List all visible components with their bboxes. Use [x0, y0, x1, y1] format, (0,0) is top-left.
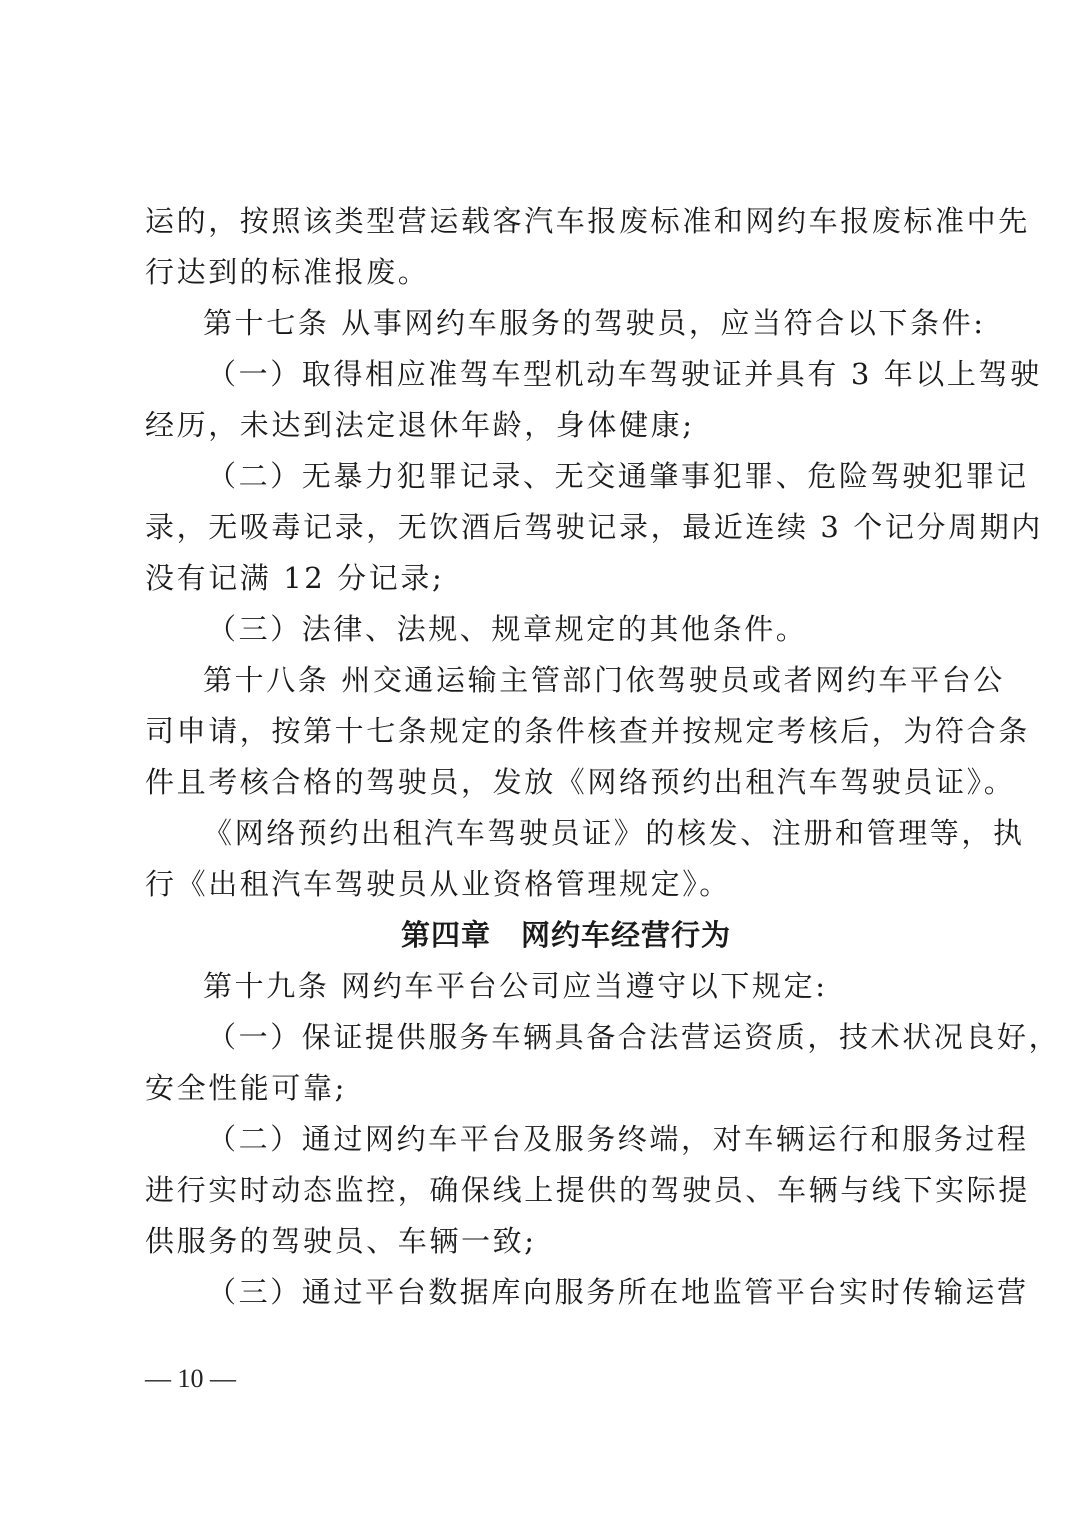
list-item-line: （三）通过平台数据库向服务所在地监管平台实时传输运营 — [145, 1267, 947, 1318]
paragraph-line: 供服务的驾驶员、车辆一致; — [145, 1216, 947, 1267]
paragraph-line: 安全性能可靠; — [145, 1063, 947, 1114]
paragraph-line: 行《出租汽车驾驶员从业资格管理规定》。 — [145, 859, 947, 910]
article-18-heading-line: 第十八条 州交通运输主管部门依驾驶员或者网约车平台公 — [145, 655, 947, 706]
list-item-line: （二）通过网约车平台及服务终端，对车辆运行和服务过程 — [145, 1114, 947, 1165]
list-item-line: （二）无暴力犯罪记录、无交通肇事犯罪、危险驾驶犯罪记 — [145, 451, 947, 502]
page-number: — 10 — — [145, 1364, 236, 1394]
paragraph-line: 运的，按照该类型营运载客汽车报废标准和网约车报废标准中先 — [145, 196, 947, 247]
paragraph-line: 件且考核合格的驾驶员，发放《网络预约出租汽车驾驶员证》。 — [145, 757, 947, 808]
chapter-heading: 第四章 网约车经营行为 — [145, 910, 947, 961]
list-item-line: （一）取得相应准驾车型机动车驾驶证并具有 3 年以上驾驶 — [145, 349, 947, 400]
paragraph-line: 录，无吸毒记录，无饮酒后驾驶记录，最近连续 3 个记分周期内 — [145, 502, 947, 553]
paragraph-line: 进行实时动态监控，确保线上提供的驾驶员、车辆与线下实际提 — [145, 1165, 947, 1216]
paragraph-line: 经历，未达到法定退休年龄，身体健康; — [145, 400, 947, 451]
paragraph-line: 司申请，按第十七条规定的条件核查并按规定考核后，为符合条 — [145, 706, 947, 757]
article-17-heading-line: 第十七条 从事网约车服务的驾驶员，应当符合以下条件: — [145, 298, 947, 349]
document-body: 运的，按照该类型营运载客汽车报废标准和网约车报废标准中先 行达到的标准报废。 第… — [145, 196, 947, 1318]
article-19-heading-line: 第十九条 网约车平台公司应当遵守以下规定: — [145, 961, 947, 1012]
paragraph-line: 没有记满 12 分记录; — [145, 553, 947, 604]
list-item-line: （三）法律、法规、规章规定的其他条件。 — [145, 604, 947, 655]
list-item-line: （一）保证提供服务车辆具备合法营运资质，技术状况良好， — [145, 1012, 947, 1063]
paragraph-line: 《网络预约出租汽车驾驶员证》的核发、注册和管理等，执 — [145, 808, 947, 859]
document-page: 运的，按照该类型营运载客汽车报废标准和网约车报废标准中先 行达到的标准报废。 第… — [0, 0, 1080, 1527]
paragraph-line: 行达到的标准报废。 — [145, 247, 947, 298]
